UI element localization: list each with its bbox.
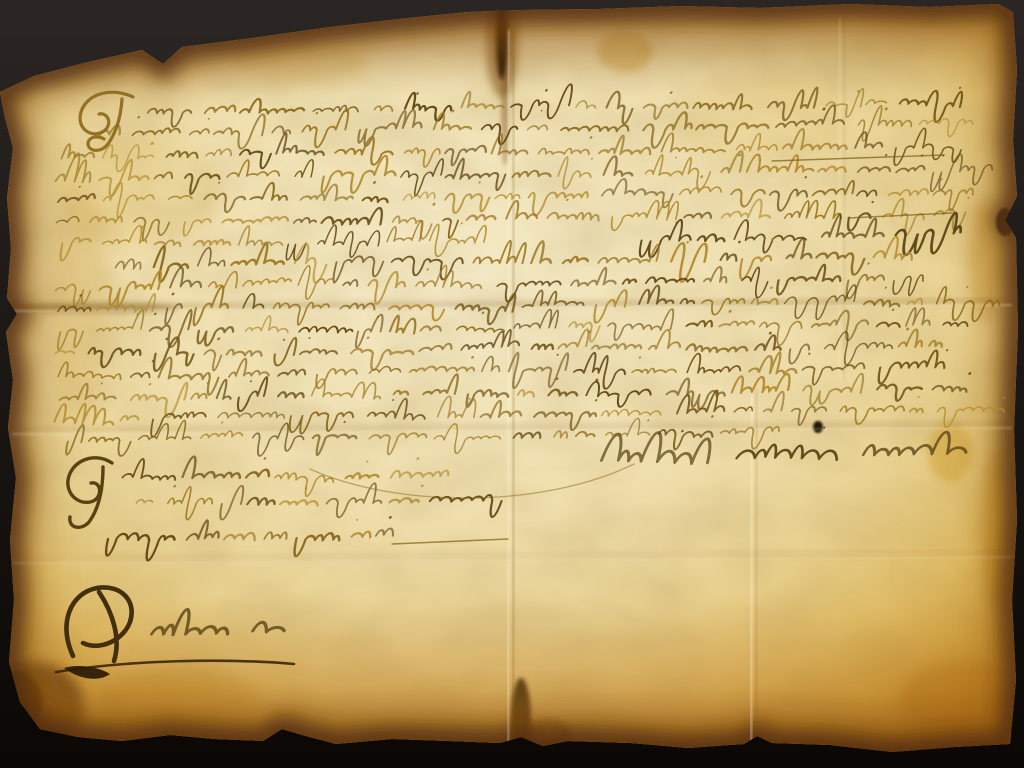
fold-shadow-vertical bbox=[844, 18, 845, 380]
paper-surface bbox=[0, 0, 1024, 768]
document-photo: Aged handwritten parchment document bbox=[0, 0, 1024, 768]
parchment-scan bbox=[0, 0, 1024, 768]
fold-crease-vertical bbox=[508, 30, 509, 748]
fold-shadow-vertical bbox=[756, 388, 757, 746]
fold-crease-vertical bbox=[839, 18, 840, 380]
